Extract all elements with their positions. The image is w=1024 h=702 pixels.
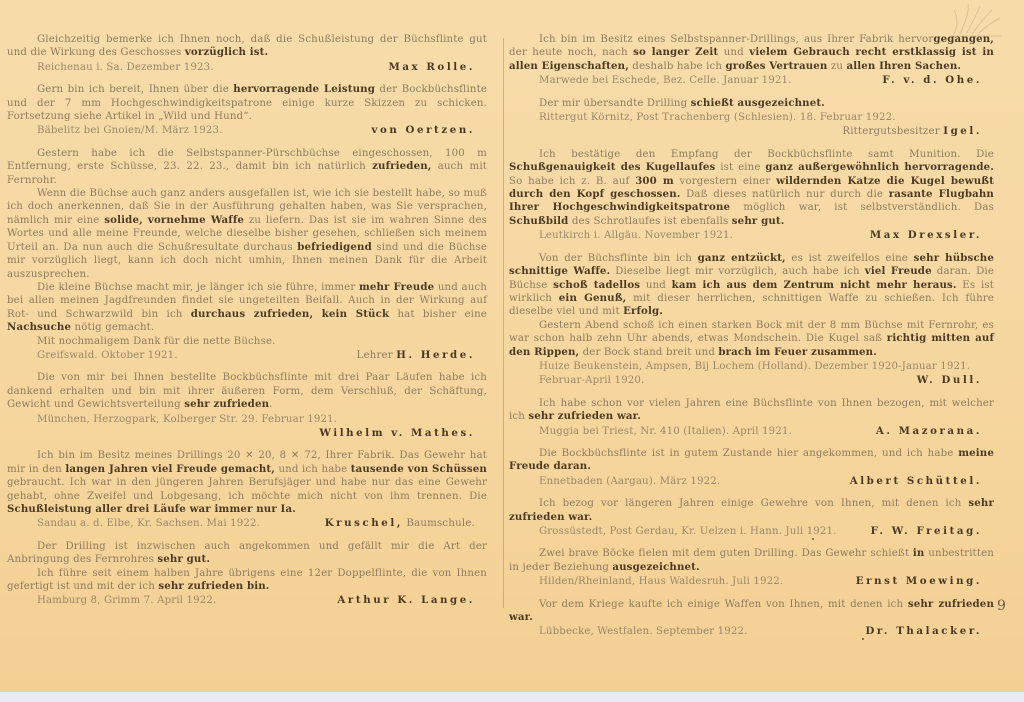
testimonial-text: Die Bockbüchsflinte ist in gutem Zustand… xyxy=(509,447,994,474)
signer-name-text: von Oertzen. xyxy=(371,124,475,136)
body-text: . xyxy=(269,399,272,410)
signer-title: Lehrer xyxy=(356,350,396,361)
emphasis-text: sehr zufrieden xyxy=(184,398,269,410)
signature-line: Hamburg 8, Grimm 7. April 1922.Arthur K.… xyxy=(7,594,487,607)
emphasis-text: allen Ihren Sachen. xyxy=(846,60,961,72)
body-text: und ich habe xyxy=(275,464,351,475)
testimonial-text: Ich habe schon vor vielen Jahren eine Bü… xyxy=(509,397,994,424)
testimonial-entry: Ich habe schon vor vielen Jahren eine Bü… xyxy=(509,397,994,438)
place-date: Reichenau i. Sa. Dezember 1923. xyxy=(37,61,214,74)
emphasis-text: viel Freude xyxy=(865,265,932,277)
signer-title: Rittergutsbesitzer xyxy=(842,126,943,137)
testimonial-text: Gestern Abend schoß ich einen starken Bo… xyxy=(509,319,994,359)
testimonial-entry: Ich bin im Besitz eines Selbstspanner-Dr… xyxy=(509,33,994,88)
testimonial-entry: Gestern habe ich die Selbstspanner-Pürsc… xyxy=(7,147,487,363)
body-text: der heute noch, nach xyxy=(509,47,633,58)
signature-place: Rittergut Körnitz, Post Trachenberg (Sch… xyxy=(509,111,994,124)
testimonial-text: Die kleine Büchse macht mir, je länger i… xyxy=(7,281,487,335)
testimonial-entry: Gern bin ich bereit, Ihnen über die herv… xyxy=(7,83,487,138)
body-text: Die kleine Büchse macht mir, je länger i… xyxy=(37,282,359,293)
testimonial-text: Ich bezog vor längeren Jahren einige Gew… xyxy=(509,497,994,524)
signer-name: Max Drexsler. xyxy=(870,229,982,242)
testimonial-entry: Die von mir bei Ihnen bestellte Bockbüch… xyxy=(7,371,487,440)
emphasis-text: 300 m xyxy=(635,175,674,187)
emphasis-text: sehr zufrieden bin. xyxy=(158,580,269,592)
emphasis-text: so langer Zeit xyxy=(633,46,718,58)
place-date: Leutkirch i. Allgäu. November 1921. xyxy=(539,229,733,242)
emphasis-text: gegangen, xyxy=(933,33,994,45)
emphasis-text: sehr zufrieden war. xyxy=(528,410,641,422)
testimonial-entry: Vor dem Kriege kaufte ich einige Waffen … xyxy=(509,598,994,639)
signer-name-text: Max Rolle. xyxy=(388,61,475,73)
signature-line: Hilden/Rheinland, Haus Waldesruh. Juli 1… xyxy=(509,575,994,588)
emphasis-text: durchaus zufrieden, kein Stück xyxy=(191,308,389,320)
body-text: Dieselbe liegt mir vorzüglich, auch habe… xyxy=(610,266,865,277)
emphasis-text: sehr gut. xyxy=(732,215,785,227)
page-number: 9 xyxy=(997,598,1006,614)
emphasis-text: kam ich aus dem Zentrum nicht mehr herau… xyxy=(672,279,957,291)
body-text: zu xyxy=(827,61,846,72)
signer-name-text: Wilhelm v. Mathes. xyxy=(319,427,475,439)
signer-name: Lehrer H. Herde. xyxy=(356,349,475,362)
signature-line: Ennetbaden (Aargau). März 1922.Albert Sc… xyxy=(509,475,994,488)
body-text: und xyxy=(718,47,749,58)
testimonial-entry: Der Drilling ist inzwischen auch angekom… xyxy=(7,540,487,608)
testimonial-text: Vor dem Kriege kaufte ich einige Waffen … xyxy=(509,598,994,625)
emphasis-text: hervorragende Leistung xyxy=(233,83,375,95)
signer-name: Rittergutsbesitzer Igel. xyxy=(842,125,982,138)
emphasis-text: ganz außergewöhnlich hervorragende. xyxy=(765,161,994,173)
body-text: Zwei brave Böcke fielen mit dem guten Dr… xyxy=(539,548,913,559)
place-date: Muggia bei Triest, Nr. 410 (Italien). Ap… xyxy=(539,425,792,438)
body-text: vorgestern einer xyxy=(674,176,776,187)
signature-place: Huize Beukenstein, Ampsen, Bij Lochem (H… xyxy=(509,360,994,373)
body-text: es ist zweifellos eine xyxy=(786,253,914,264)
body-text: Der mir übersandte Drilling xyxy=(539,98,691,109)
signature-line: Februar-April 1920.W. Dull. xyxy=(509,374,994,387)
place-date: Hilden/Rheinland, Haus Waldesruh. Juli 1… xyxy=(539,575,783,588)
column-divider xyxy=(503,38,504,608)
testimonial-entry: Ich bin im Besitz meines Drillings 20 ✕ … xyxy=(7,449,487,530)
testimonial-text: Von der Büchsflinte bin ich ganz entzück… xyxy=(509,252,994,319)
testimonial-text: Ich bin im Besitz meines Drillings 20 ✕ … xyxy=(7,449,487,516)
testimonial-entry: Gleichzeitig bemerke ich Ihnen noch, daß… xyxy=(7,33,487,74)
testimonial-text: Der Drilling ist inzwischen auch angekom… xyxy=(7,540,487,567)
document-page: Gleichzeitig bemerke ich Ihnen noch, daß… xyxy=(0,0,1024,692)
testimonial-entry: Ich bezog vor längeren Jahren einige Gew… xyxy=(509,497,994,538)
signer-name: Ernst Moewing. xyxy=(856,575,982,588)
emphasis-text: Erfolg. xyxy=(623,305,663,317)
place-date: Marwede bei Eschede, Bez. Celle. Januar … xyxy=(539,74,792,87)
emphasis-text: befriedigend xyxy=(297,241,372,253)
left-column: Gleichzeitig bemerke ich Ihnen noch, daß… xyxy=(7,33,487,617)
testimonial-text: Gern bin ich bereit, Ihnen über die herv… xyxy=(7,83,487,123)
signer-name-text: F. W. Freitag. xyxy=(871,525,982,537)
testimonial-entry: Der mir übersandte Drilling schießt ausg… xyxy=(509,97,994,139)
emphasis-text: ein Genuß, xyxy=(559,292,626,304)
signature-line: Leutkirch i. Allgäu. November 1921.Max D… xyxy=(509,229,994,242)
body-text: Der Drilling ist inzwischen auch angekom… xyxy=(7,541,487,565)
emphasis-text: Schußleistung aller drei Läufe war immer… xyxy=(7,503,296,515)
emphasis-text: zufrieden, xyxy=(372,160,431,172)
place-date: Februar-April 1920. xyxy=(539,374,644,387)
place-date: Hamburg 8, Grimm 7. April 1922. xyxy=(37,594,216,607)
testimonial-entry: Die Bockbüchsflinte ist in gutem Zustand… xyxy=(509,447,994,488)
signer-name: Albert Schüttel. xyxy=(850,475,982,488)
testimonial-text: Ich bin im Besitz eines Selbstspanner-Dr… xyxy=(509,33,994,73)
emphasis-text: Schußgenauigkeit des Kugellaufes xyxy=(509,161,715,173)
emphasis-text: schießt ausgezeichnet. xyxy=(691,97,825,109)
testimonial-text: Gleichzeitig bemerke ich Ihnen noch, daß… xyxy=(7,33,487,60)
paper-speck xyxy=(812,538,814,540)
testimonial-text: Die von mir bei Ihnen bestellte Bockbüch… xyxy=(7,371,487,411)
signer-name: F. W. Freitag. xyxy=(871,525,982,538)
emphasis-text: mehr Freude xyxy=(359,281,434,293)
place-date: Rittergut Körnitz, Post Trachenberg (Sch… xyxy=(539,111,896,124)
signer-name-text: A. Mazorana. xyxy=(876,425,982,437)
signer-name: W. Dull. xyxy=(917,374,982,387)
signer-name: A. Mazorana. xyxy=(876,425,982,438)
body-text: Daß dieses natürlich nur durch die xyxy=(680,189,888,200)
body-text: Von der Büchsflinte bin ich xyxy=(539,253,698,264)
signer-name: Wilhelm v. Mathes. xyxy=(319,427,475,440)
place-date: München, Herzogpark, Kolberger Str. 29. … xyxy=(37,413,337,426)
signer-name: F. v. d. Ohe. xyxy=(882,74,982,87)
place-date: Ennetbaden (Aargau). März 1922. xyxy=(539,475,720,488)
body-text: gebraucht. Ich war in den jüngeren Jahre… xyxy=(7,477,487,501)
signer-name-text: Ernst Moewing. xyxy=(856,575,982,587)
body-text: Gern bin ich bereit, Ihnen über die xyxy=(37,84,233,95)
body-text: deshalb habe ich xyxy=(629,61,726,72)
signature-line: Rittergutsbesitzer Igel. xyxy=(509,125,994,138)
emphasis-text: Schußbild xyxy=(509,215,568,227)
signer-name-text: Kruschel, xyxy=(325,517,403,529)
body-text: Ich bezog vor längeren Jahren einige Gew… xyxy=(539,498,968,509)
emphasis-text: schoß tadellos xyxy=(553,279,640,291)
emphasis-text: großes Vertrauen xyxy=(725,60,827,72)
signature-line: Lübbecke, Westfalen. September 1922.Dr. … xyxy=(509,625,994,638)
testimonial-text: Ich bestätige den Empfang der Bockbüchsf… xyxy=(509,148,994,228)
paper-speck xyxy=(862,638,864,640)
body-text: Die Bockbüchsflinte ist in gutem Zustand… xyxy=(539,448,958,459)
signer-name-text: F. v. d. Ohe. xyxy=(882,74,982,86)
emphasis-text: ganz entzückt, xyxy=(698,252,786,264)
signature-line: Grossüstedt, Post Gerdau, Kr. Uelzen i. … xyxy=(509,525,994,538)
emphasis-text: ausgezeichnet. xyxy=(612,561,699,573)
emphasis-text: tausende von Schüssen xyxy=(351,463,487,475)
signature-place: München, Herzogpark, Kolberger Str. 29. … xyxy=(7,413,487,426)
emphasis-text: solide, vornehme Waffe xyxy=(104,214,244,226)
body-text: ist eine xyxy=(715,162,765,173)
signature-line: Muggia bei Triest, Nr. 410 (Italien). Ap… xyxy=(509,425,994,438)
signer-name-text: Max Drexsler. xyxy=(870,229,982,241)
body-text: der Bock stand breit und xyxy=(579,347,718,358)
signature-line: Reichenau i. Sa. Dezember 1923.Max Rolle… xyxy=(7,61,487,74)
signer-suffix: Baumschule. xyxy=(403,518,475,529)
body-text: hat bisher eine xyxy=(389,309,487,320)
signature-line: Greifswald. Oktober 1921.Lehrer H. Herde… xyxy=(7,349,487,362)
signature-line: Sandau a. d. Elbe, Kr. Sachsen. Mai 1922… xyxy=(7,517,487,530)
body-text: Ich bin im Besitz eines Selbstspanner-Dr… xyxy=(539,34,933,45)
body-text: Mit nochmaligem Dank für die nette Büchs… xyxy=(37,336,276,347)
body-text: des Schrotlaufes ist ebenfalls xyxy=(568,216,731,227)
signer-name-text: Albert Schüttel. xyxy=(850,475,982,487)
signer-name: Kruschel, Baumschule. xyxy=(325,517,475,530)
signer-name-text: H. Herde. xyxy=(396,349,475,361)
emphasis-text: vorzüglich ist. xyxy=(185,46,268,58)
testimonial-entry: Ich bestätige den Empfang der Bockbüchsf… xyxy=(509,148,994,243)
testimonial-text: Zwei brave Böcke fielen mit dem guten Dr… xyxy=(509,547,994,574)
body-text: nötig gemacht. xyxy=(71,322,154,333)
place-date: Grossüstedt, Post Gerdau, Kr. Uelzen i. … xyxy=(539,525,837,538)
emphasis-text: in xyxy=(913,547,925,559)
signature-line: Marwede bei Eschede, Bez. Celle. Januar … xyxy=(509,74,994,87)
body-text: Vor dem Kriege kaufte ich einige Waffen … xyxy=(539,599,908,610)
place-date: Bäbelitz bei Gnoien/M. März 1923. xyxy=(37,124,223,137)
testimonial-entry: Von der Büchsflinte bin ich ganz entzück… xyxy=(509,252,994,388)
right-column: Ich bin im Besitz eines Selbstspanner-Dr… xyxy=(509,33,994,648)
place-date: Greifswald. Oktober 1921. xyxy=(37,349,178,362)
place-date: Huize Beukenstein, Ampsen, Bij Lochem (H… xyxy=(539,360,970,373)
body-text: So habe ich z. B. auf xyxy=(509,176,635,187)
body-text: und xyxy=(640,280,671,291)
signer-name: Arthur K. Lange. xyxy=(337,594,475,607)
testimonial-text: Ich führe seit einem halben Jahre übrige… xyxy=(7,567,487,594)
signer-name-text: Arthur K. Lange. xyxy=(337,594,475,606)
testimonial-entry: Zwei brave Böcke fielen mit dem guten Dr… xyxy=(509,547,994,588)
signer-name-text: Dr. Thalacker. xyxy=(865,625,982,637)
testimonial-text: Gestern habe ich die Selbstspanner-Pürsc… xyxy=(7,147,487,187)
place-date: Lübbecke, Westfalen. September 1922. xyxy=(539,625,747,638)
emphasis-text: sehr gut. xyxy=(157,553,210,565)
testimonial-text: Der mir übersandte Drilling schießt ausg… xyxy=(509,97,994,110)
testimonial-text: Mit nochmaligem Dank für die nette Büchs… xyxy=(7,335,487,348)
emphasis-text: Nachsuche xyxy=(7,321,71,333)
body-text: Ich bestätige den Empfang der Bockbüchsf… xyxy=(539,149,994,160)
signer-name-text: W. Dull. xyxy=(917,374,982,386)
signer-name: Dr. Thalacker. xyxy=(865,625,982,638)
signer-name: von Oertzen. xyxy=(371,124,475,137)
signature-line: Bäbelitz bei Gnoien/M. März 1923.von Oer… xyxy=(7,124,487,137)
signature-line: Wilhelm v. Mathes. xyxy=(7,427,487,440)
signer-name-text: Igel. xyxy=(943,125,982,137)
emphasis-text: langen Jahren viel Freude gemacht, xyxy=(65,463,275,475)
emphasis-text: brach im Feuer zusammen. xyxy=(718,346,877,358)
place-date: Sandau a. d. Elbe, Kr. Sachsen. Mai 1922… xyxy=(37,517,260,530)
signer-name: Max Rolle. xyxy=(388,61,475,74)
testimonial-text: Wenn die Büchse auch ganz anders ausgefa… xyxy=(7,187,487,281)
body-text: möglich war, ist selbstverständlich. Das xyxy=(730,202,994,213)
